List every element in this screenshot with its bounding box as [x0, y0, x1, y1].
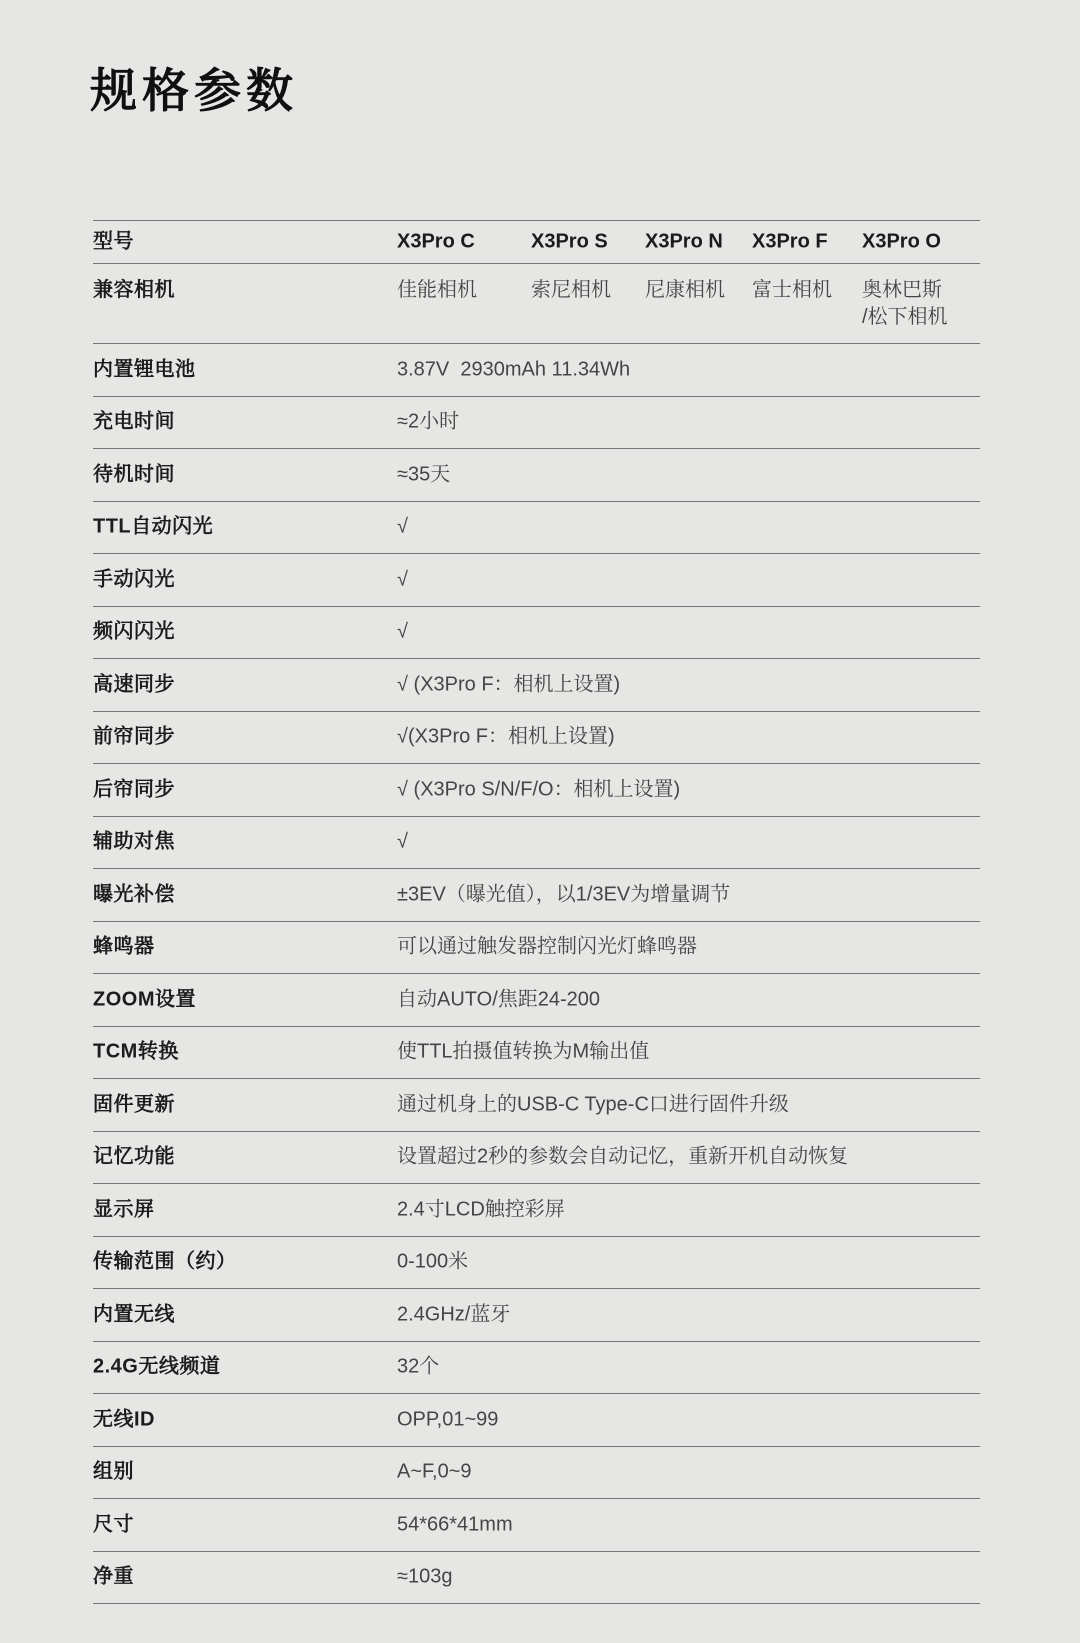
spec-value: √	[397, 514, 408, 541]
spec-label: TTL自动闪光	[93, 514, 213, 541]
spec-value: OPP,01~99	[397, 1406, 498, 1433]
spec-value: √	[397, 566, 408, 593]
spec-row-4: TTL自动闪光√	[93, 501, 980, 554]
spec-label: 组别	[93, 1459, 134, 1486]
spec-value: √	[397, 619, 408, 646]
model-name-5: X3Pro O	[862, 229, 941, 256]
spec-row-11: 曝光补偿±3EV（曝光值），以1/3EV为增量调节	[93, 868, 980, 921]
spec-label: 显示屏	[93, 1196, 155, 1223]
spec-label: 后帘同步	[93, 776, 175, 803]
spec-value: 可以通过触发器控制闪光灯蜂鸣器	[397, 934, 697, 961]
spec-value: 3.87V 2930mAh 11.34Wh	[397, 356, 630, 383]
spec-row-18: 传输范围（约）0-100米	[93, 1236, 980, 1289]
spec-value: √ (X3Pro S/N/F/O：相机上设置)	[397, 776, 680, 803]
spec-label: 手动闪光	[93, 566, 175, 593]
spec-label: 内置无线	[93, 1301, 175, 1328]
spec-row-2: 充电时间≈2小时	[93, 396, 980, 449]
spec-label: 尺寸	[93, 1511, 134, 1538]
spec-page: 规格参数 型号X3Pro CX3Pro SX3Pro NX3Pro FX3Pro…	[0, 0, 1080, 1643]
spec-label: 传输范围（约）	[93, 1249, 237, 1276]
spec-row-16: 记忆功能设置超过2秒的参数会自动记忆，重新开机自动恢复	[93, 1131, 980, 1184]
spec-row-5: 手动闪光√	[93, 553, 980, 606]
spec-value: √(X3Pro F：相机上设置)	[397, 724, 615, 751]
spec-label: 内置锂电池	[93, 356, 196, 383]
spec-row-24: 净重≈103g	[93, 1551, 980, 1604]
spec-value: 使TTL拍摄值转换为M输出值	[397, 1039, 649, 1066]
spec-value: A~F,0~9	[397, 1459, 472, 1486]
spec-value: √	[397, 829, 408, 856]
spec-row-9: 后帘同步√ (X3Pro S/N/F/O：相机上设置)	[93, 763, 980, 816]
spec-row-20: 2.4G无线频道32个	[93, 1341, 980, 1394]
page-title: 规格参数	[90, 54, 298, 121]
spec-row-13: ZOOM设置自动AUTO/焦距24-200	[93, 973, 980, 1026]
spec-row-14: TCM转换使TTL拍摄值转换为M输出值	[93, 1026, 980, 1079]
compatibility-value-1: 佳能相机	[397, 277, 477, 304]
spec-row-19: 内置无线2.4GHz/蓝牙	[93, 1288, 980, 1341]
spec-label: 前帘同步	[93, 724, 175, 751]
spec-label: 蜂鸣器	[93, 934, 155, 961]
table-header-row: 型号X3Pro CX3Pro SX3Pro NX3Pro FX3Pro O	[93, 220, 980, 263]
model-name-2: X3Pro S	[531, 229, 608, 256]
spec-value: 2.4GHz/蓝牙	[397, 1301, 510, 1328]
spec-value: 0-100米	[397, 1249, 468, 1276]
spec-row-15: 固件更新通过机身上的USB-C Type-C口进行固件升级	[93, 1078, 980, 1131]
compatibility-value-5: 奥林巴斯 /松下相机	[862, 277, 948, 331]
spec-label: 充电时间	[93, 409, 175, 436]
spec-label: 2.4G无线频道	[93, 1354, 220, 1381]
spec-value: 设置超过2秒的参数会自动记忆，重新开机自动恢复	[397, 1144, 848, 1171]
spec-label: 固件更新	[93, 1091, 175, 1118]
spec-label: 记忆功能	[93, 1144, 175, 1171]
spec-label: 频闪闪光	[93, 619, 175, 646]
spec-value: √ (X3Pro F：相机上设置)	[397, 671, 620, 698]
spec-label: ZOOM设置	[93, 986, 196, 1013]
spec-row-6: 频闪闪光√	[93, 606, 980, 659]
spec-label: 待机时间	[93, 461, 175, 488]
spec-row-7: 高速同步√ (X3Pro F：相机上设置)	[93, 658, 980, 711]
model-name-1: X3Pro C	[397, 229, 475, 256]
compatibility-row: 兼容相机佳能相机索尼相机尼康相机富士相机奥林巴斯 /松下相机	[93, 263, 980, 343]
spec-label: 兼容相机	[93, 277, 175, 304]
spec-value: ±3EV（曝光值），以1/3EV为增量调节	[397, 881, 730, 908]
compatibility-value-2: 索尼相机	[531, 277, 611, 304]
compatibility-value-4: 富士相机	[752, 277, 832, 304]
spec-row-12: 蜂鸣器可以通过触发器控制闪光灯蜂鸣器	[93, 921, 980, 974]
spec-row-22: 组别A~F,0~9	[93, 1446, 980, 1499]
spec-value: ≈103g	[397, 1564, 452, 1591]
spec-label: 高速同步	[93, 671, 175, 698]
spec-value: 54*66*41mm	[397, 1511, 513, 1538]
spec-row-23: 尺寸54*66*41mm	[93, 1498, 980, 1551]
header-label: 型号	[93, 229, 134, 256]
spec-row-1: 内置锂电池3.87V 2930mAh 11.34Wh	[93, 343, 980, 396]
spec-value: 2.4寸LCD触控彩屏	[397, 1196, 565, 1223]
spec-value: 32个	[397, 1354, 439, 1381]
spec-value: ≈2小时	[397, 409, 459, 436]
spec-row-10: 辅助对焦√	[93, 816, 980, 869]
spec-label: TCM转换	[93, 1039, 179, 1066]
spec-label: 无线ID	[93, 1406, 155, 1433]
spec-value: 通过机身上的USB-C Type-C口进行固件升级	[397, 1091, 789, 1118]
spec-table: 型号X3Pro CX3Pro SX3Pro NX3Pro FX3Pro O兼容相…	[93, 220, 980, 1604]
spec-value: ≈35天	[397, 461, 450, 488]
spec-row-17: 显示屏2.4寸LCD触控彩屏	[93, 1183, 980, 1236]
model-name-4: X3Pro F	[752, 229, 828, 256]
spec-label: 辅助对焦	[93, 829, 175, 856]
model-name-3: X3Pro N	[645, 229, 723, 256]
compatibility-value-3: 尼康相机	[645, 277, 725, 304]
spec-label: 净重	[93, 1564, 134, 1591]
spec-value: 自动AUTO/焦距24-200	[397, 986, 600, 1013]
spec-row-8: 前帘同步√(X3Pro F：相机上设置)	[93, 711, 980, 764]
spec-row-3: 待机时间≈35天	[93, 448, 980, 501]
spec-label: 曝光补偿	[93, 881, 175, 908]
spec-row-21: 无线IDOPP,01~99	[93, 1393, 980, 1446]
